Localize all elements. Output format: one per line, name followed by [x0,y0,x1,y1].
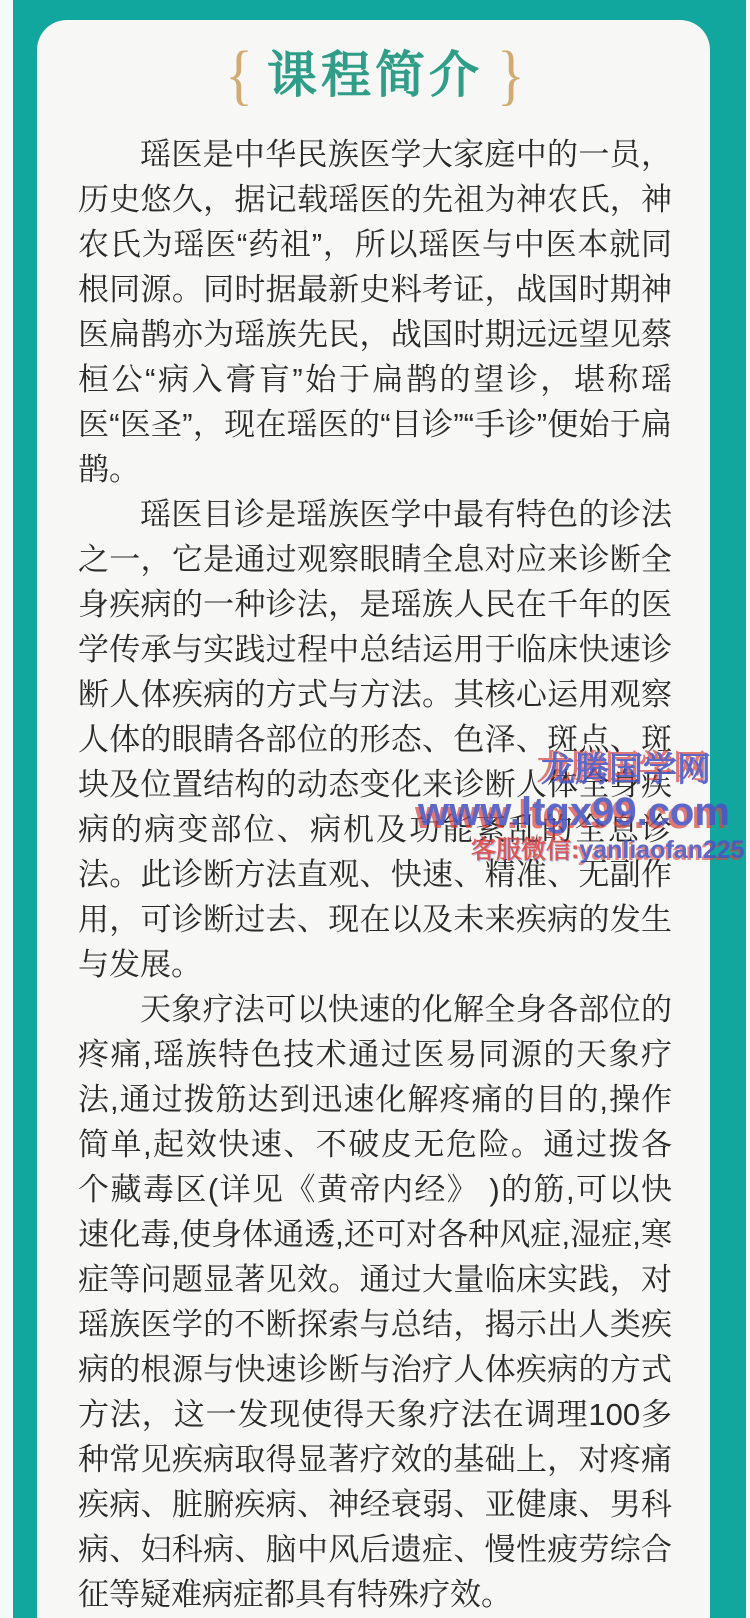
title-left-brace: { [225,42,253,109]
paragraph-eye-diagnosis: 瑶医目诊是瑶族医学中最有特色的诊法之一，它是通过观察眼睛全息对应来诊断全身疾病的… [78,492,672,987]
page-title: 课程简介 [267,47,483,103]
title-row: { 课程简介 } [78,20,672,108]
title-right-brace: } [497,42,525,109]
paragraph-origin-history: 瑶医是中华民族医学大家庭中的一员，历史悠久，据记载瑶医的先祖为神农氏，神农氏为瑶… [78,132,672,492]
paragraph-tianxiang-therapy: 天象疗法可以快速的化解全身各部位的疼痛,瑶族特色技术通过医易同源的天象疗法,通过… [78,987,672,1617]
course-introduction-text: 瑶医是中华民族医学大家庭中的一员，历史悠久，据记载瑶医的先祖为神农氏，神农氏为瑶… [78,132,672,1617]
content-card: { 课程简介 } 瑶医是中华民族医学大家庭中的一员，历史悠久，据记载瑶医的先祖为… [37,20,710,1618]
